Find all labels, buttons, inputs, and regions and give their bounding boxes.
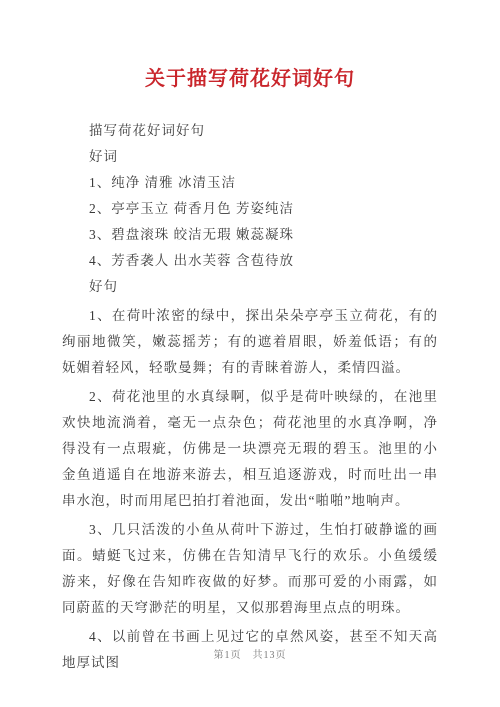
- word-list-item: 3、碧盘滚珠 皎洁无瑕 嫩蕊凝珠: [62, 222, 438, 248]
- page-number-footer: 第1页 共13页: [0, 649, 500, 663]
- word-list-item: 2、亭亭玉立 荷香月色 芳姿纯洁: [62, 196, 438, 222]
- page-title: 关于描写荷花好词好句: [0, 0, 500, 92]
- document-page: 关于描写荷花好词好句 描写荷花好词好句 好词 1、纯净 清雅 冰清玉洁 2、亭亭…: [0, 0, 500, 707]
- paragraph: 1、在荷叶浓密的绿中，探出朵朵亭亭玉立荷花，有的绚丽地微笑，嫩蕊摇芳；有的遮着眉…: [62, 303, 438, 381]
- paragraph: 3、几只活泼的小鱼从荷叶下游过，生怕打破静谧的画面。蜻蜓飞过来，仿佛在告知清早飞…: [62, 517, 438, 621]
- word-list-item: 1、纯净 清雅 冰清玉洁: [62, 170, 438, 196]
- section-heading-good-words: 好词: [62, 144, 438, 170]
- document-body: 描写荷花好词好句 好词 1、纯净 清雅 冰清玉洁 2、亭亭玉立 荷香月色 芳姿纯…: [62, 118, 438, 676]
- section-heading-good-sentences: 好句: [62, 274, 438, 300]
- doc-subtitle: 描写荷花好词好句: [62, 118, 438, 144]
- paragraph: 2、荷花池里的水真绿啊，似乎是荷叶映绿的，在池里欢快地流淌着，毫无一点杂色；荷花…: [62, 384, 438, 514]
- word-list-item: 4、芳香袭人 出水芙蓉 含苞待放: [62, 248, 438, 274]
